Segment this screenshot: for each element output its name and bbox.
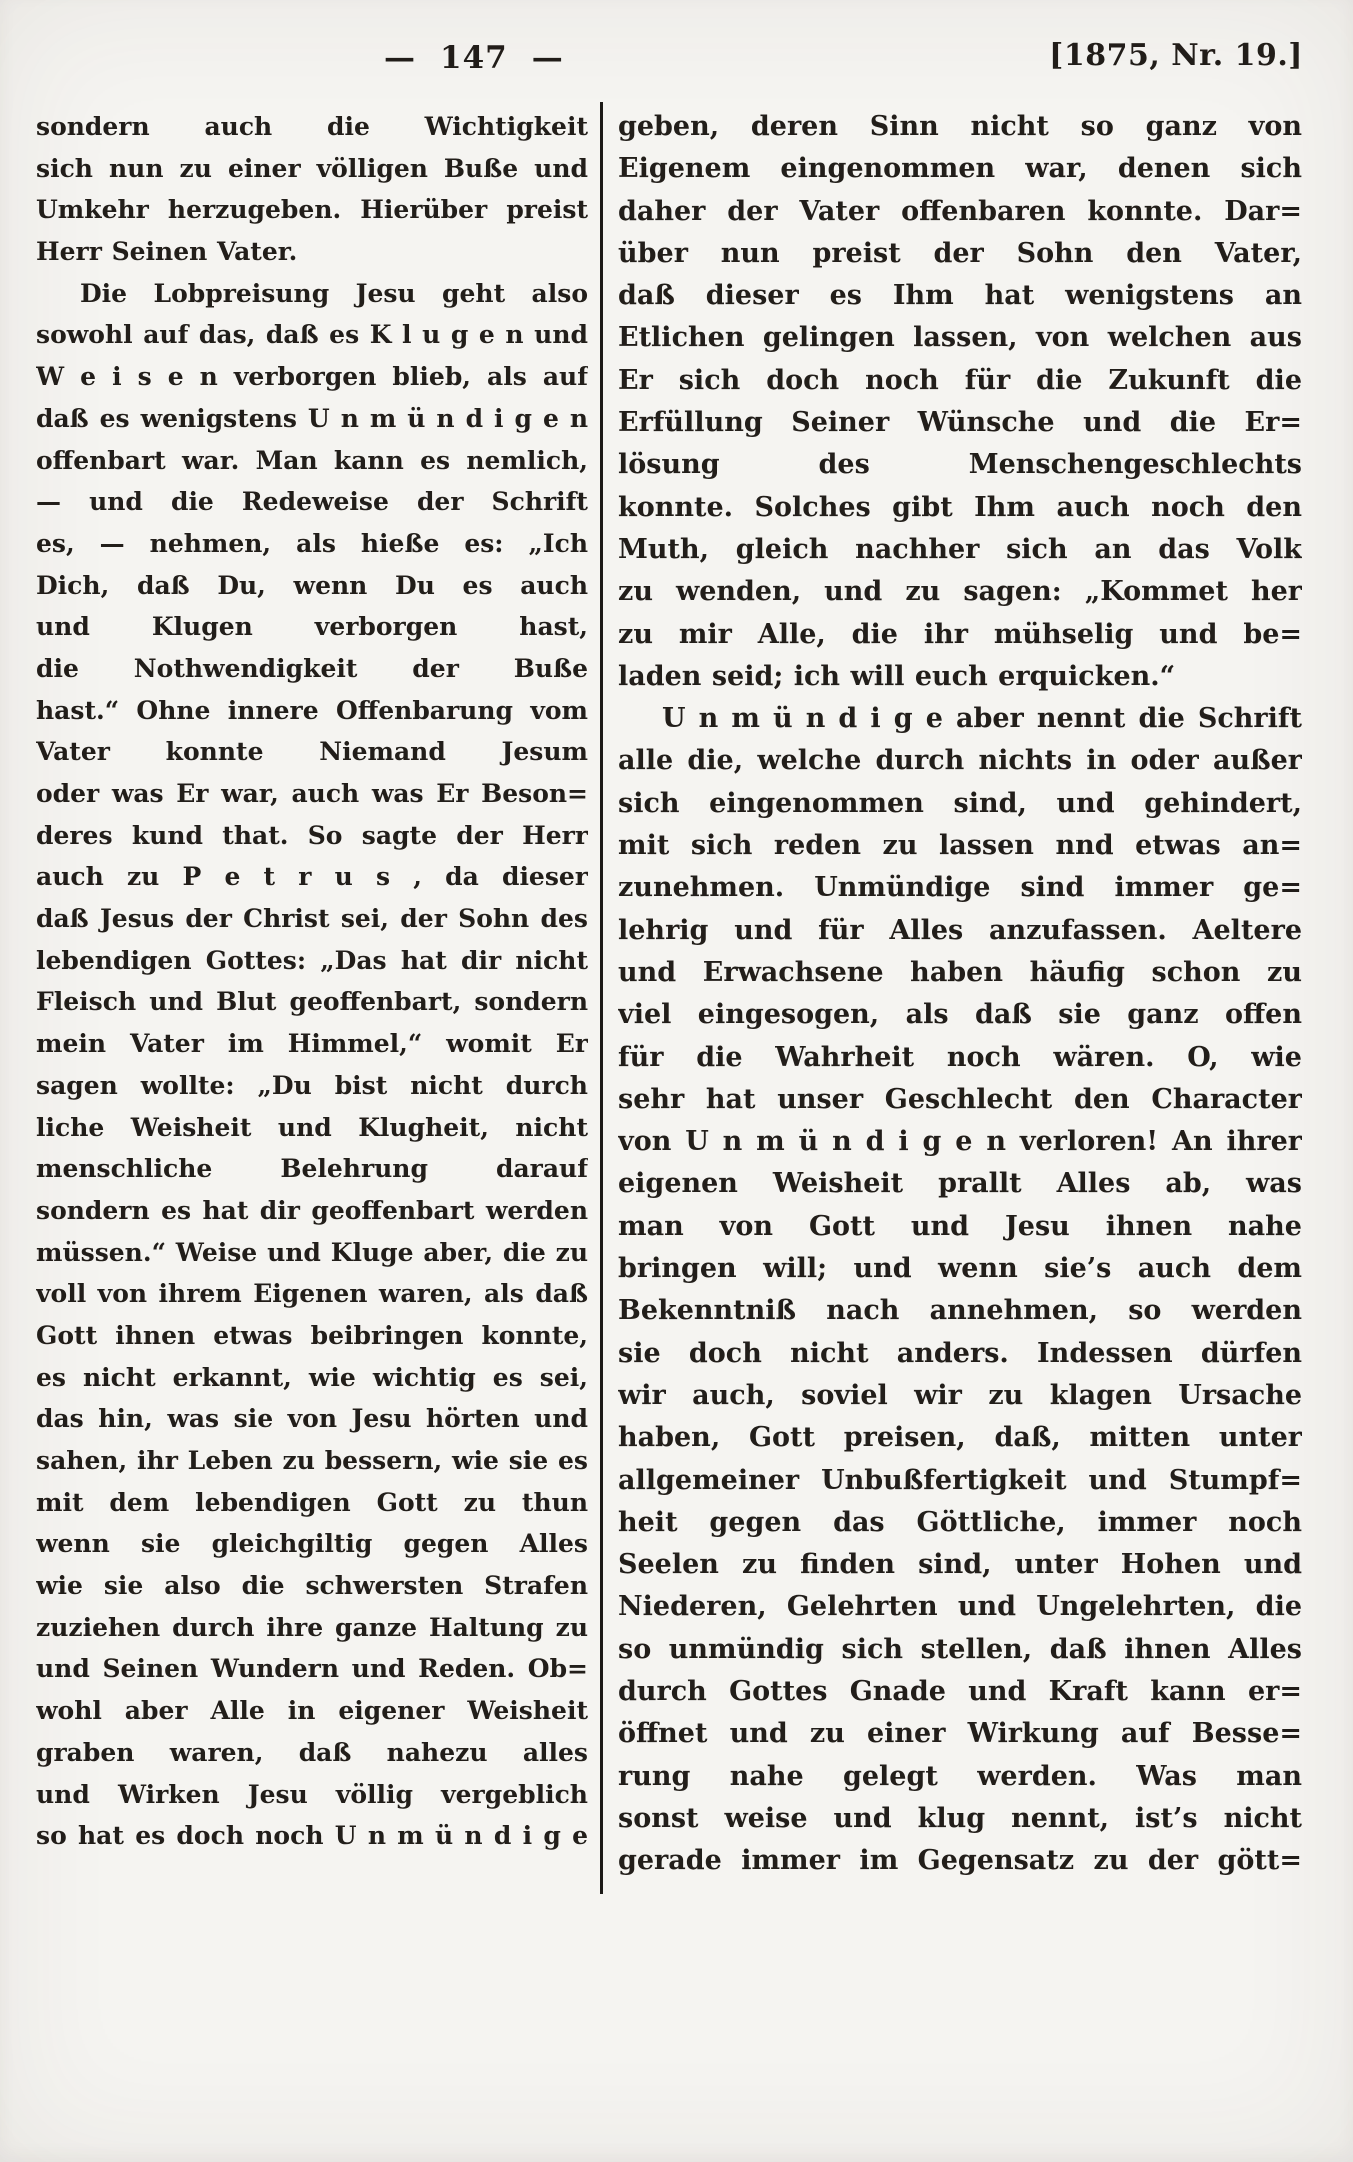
text-line: eigenen Weisheit prallt Alles ab, was	[618, 1163, 1302, 1205]
text-line: es, — nehmen, als hieße es: „Ich preise	[36, 523, 588, 565]
text-line: das hin, was sie von Jesu hörten und	[36, 1398, 588, 1440]
text-line: zu mir Alle, die ihr mühselig und be=	[618, 614, 1302, 656]
text-line: Umkehr herzugeben. Hierüber preist der	[36, 189, 588, 231]
text-line: daß Jesus der Christ sei, der Sohn des	[36, 898, 588, 940]
text-line: hast.“ Ohne innere Offenbarung vom	[36, 690, 588, 732]
text-line: liche Weisheit und Klugheit, nicht durch	[36, 1107, 588, 1149]
text-line: U n m ü n d i g e aber nennt die Schrift	[618, 698, 1302, 740]
text-line: konnte. Solches gibt Ihm auch noch den	[618, 487, 1302, 529]
text-line: und Erwachsene haben häufig schon zu	[618, 952, 1302, 994]
text-line: viel eingesogen, als daß sie ganz offen	[618, 994, 1302, 1036]
text-line: sondern auch die Wichtigkeit einzusehen,	[36, 106, 588, 148]
text-line: Herr Seinen Vater.	[36, 231, 588, 273]
text-line: laden seid; ich will euch erquicken.“	[618, 656, 1302, 698]
text-line: sehr hat unser Geschlecht den Character	[618, 1079, 1302, 1121]
text-line: gerade immer im Gegensatz zu der gött=	[618, 1840, 1302, 1882]
text-line: sich nun zu einer völligen Buße und	[36, 148, 588, 190]
text-line: Seelen zu finden sind, unter Hohen und	[618, 1544, 1302, 1586]
scanned-page: — 147 — [1875, Nr. 19.] sondern auch die…	[0, 0, 1353, 2162]
text-line: die Nothwendigkeit der Buße geoffenbart	[36, 648, 588, 690]
text-line: voll von ihrem Eigenen waren, als daß	[36, 1273, 588, 1315]
text-line: auch zu P e t r u s , da dieser bekannte…	[36, 856, 588, 898]
text-line: geben, deren Sinn nicht so ganz von	[618, 106, 1302, 148]
text-line: Eigenem eingenommen war, denen sich	[618, 148, 1302, 190]
text-line: wenn sie gleichgiltig gegen Alles bliebe…	[36, 1523, 588, 1565]
text-line: es nicht erkannt, wie wichtig es sei, au…	[36, 1357, 588, 1399]
text-line: Etlichen gelingen lassen, von welchen au…	[618, 317, 1302, 359]
text-line: zu wenden, und zu sagen: „Kommet her	[618, 571, 1302, 613]
page-number: 147	[440, 40, 508, 76]
text-line: oder was Er war, auch was Er Beson=	[36, 773, 588, 815]
text-line: öffnet und zu einer Wirkung auf Besse=	[618, 1713, 1302, 1755]
text-line: von U n m ü n d i g e n verloren! An ihr…	[618, 1121, 1302, 1163]
text-line: haben, Gott preisen, daß, mitten unter	[618, 1417, 1302, 1459]
text-line: sich eingenommen sind, und gehindert,	[618, 783, 1302, 825]
text-line: Bekenntniß nach annehmen, so werden	[618, 1290, 1302, 1332]
text-line: menschliche Belehrung darauf gekommen;	[36, 1148, 588, 1190]
text-line: lösung des Menschengeschlechts versprech…	[618, 444, 1302, 486]
page-number-dash-right: —	[532, 40, 564, 76]
text-line: Erfüllung Seiner Wünsche und die Er=	[618, 402, 1302, 444]
text-line: daher der Vater offenbaren konnte. Dar=	[618, 191, 1302, 233]
text-line: daß dieser es Ihm hat wenigstens an	[618, 275, 1302, 317]
text-line: so hat es doch noch U n m ü n d i g e ge…	[36, 1815, 588, 1857]
text-line: rung nahe gelegt werden. Was man	[618, 1756, 1302, 1798]
text-line: lebendigen Gottes: „Das hat dir nicht	[36, 940, 588, 982]
text-line: so unmündig sich stellen, daß ihnen Alle…	[618, 1629, 1302, 1671]
text-line: Vater konnte Niemand Jesum verstehen,	[36, 731, 588, 773]
text-line: und Seinen Wundern und Reden. Ob=	[36, 1648, 588, 1690]
text-line: daß es wenigstens U n m ü n d i g e n ge…	[36, 398, 588, 440]
text-line: Muth, gleich nachher sich an das Volk	[618, 529, 1302, 571]
text-line: über nun preist der Sohn den Vater,	[618, 233, 1302, 275]
page-number-dash-left: —	[384, 40, 416, 76]
text-line: sowohl auf das, daß es K l u g e n und	[36, 314, 588, 356]
text-line: W e i s e n verborgen blieb, als auf das…	[36, 356, 588, 398]
text-line: heit gegen das Göttliche, immer noch	[618, 1502, 1302, 1544]
text-line: lehrig und für Alles anzufassen. Aeltere	[618, 910, 1302, 952]
text-line: sie doch nicht anders. Indessen dürfen	[618, 1333, 1302, 1375]
text-line: mit sich reden zu lassen nnd etwas an=	[618, 825, 1302, 867]
text-line: bringen will; und wenn sie’s auch dem	[618, 1248, 1302, 1290]
text-line: man von Gott und Jesu ihnen nahe	[618, 1206, 1302, 1248]
text-line: und Wirken Jesu völlig vergeblich schien…	[36, 1774, 588, 1816]
text-line: alle die, welche durch nichts in oder au…	[618, 740, 1302, 782]
issue-reference: [1875, Nr. 19.]	[1049, 38, 1303, 73]
text-line: mein Vater im Himmel,“ womit Er	[36, 1023, 588, 1065]
text-line: Dich, daß Du, wenn Du es auch Weisen	[36, 565, 588, 607]
text-line: graben waren, daß nahezu alles Auftreten	[36, 1732, 588, 1774]
text-line: und Klugen verborgen hast, Unmündigen	[36, 606, 588, 648]
column-divider-rule	[600, 102, 603, 1894]
right-text-column: geben, deren Sinn nicht so ganz vonEigen…	[618, 106, 1302, 1882]
text-line: sondern es hat dir geoffenbart werden	[36, 1190, 588, 1232]
text-line: mit dem lebendigen Gott zu thun hätten,	[36, 1482, 588, 1524]
text-line: durch Gottes Gnade und Kraft kann er=	[618, 1671, 1302, 1713]
text-line: sonst weise und klug nennt, ist’s nicht	[618, 1798, 1302, 1840]
text-line: — und die Redeweise der Schrift erlaubt	[36, 481, 588, 523]
text-line: allgemeiner Unbußfertigkeit und Stumpf=	[618, 1460, 1302, 1502]
text-line: sagen wollte: „Du bist nicht durch mensc…	[36, 1065, 588, 1107]
text-line: Fleisch und Blut geoffenbart, sondern	[36, 981, 588, 1023]
text-line: deres kund that. So sagte der Herr	[36, 815, 588, 857]
text-line: Er sich doch noch für die Zukunft die	[618, 360, 1302, 402]
text-line: sahen, ihr Leben zu bessern, wie sie es	[36, 1440, 588, 1482]
text-line: Die Lobpreisung Jesu geht also nicht	[36, 273, 588, 315]
text-line: müssen.“ Weise und Kluge aber, die zu	[36, 1232, 588, 1274]
left-text-column: sondern auch die Wichtigkeit einzusehen,…	[36, 106, 588, 1857]
text-line: zuziehen durch ihre ganze Haltung zu Jes…	[36, 1607, 588, 1649]
text-line: wohl aber Alle in eigener Weisheit ver=	[36, 1690, 588, 1732]
text-line: Gott ihnen etwas beibringen konnte, habe…	[36, 1315, 588, 1357]
text-line: wie sie also die schwersten Strafen sich	[36, 1565, 588, 1607]
text-line: offenbart war. Man kann es nemlich,	[36, 440, 588, 482]
text-line: wir auch, soviel wir zu klagen Ursache	[618, 1375, 1302, 1417]
text-line: für die Wahrheit noch wären. O, wie	[618, 1037, 1302, 1079]
text-line: Niederen, Gelehrten und Ungelehrten, die	[618, 1586, 1302, 1628]
text-line: zunehmen. Unmündige sind immer ge=	[618, 867, 1302, 909]
page-header: — 147 —	[384, 40, 564, 76]
